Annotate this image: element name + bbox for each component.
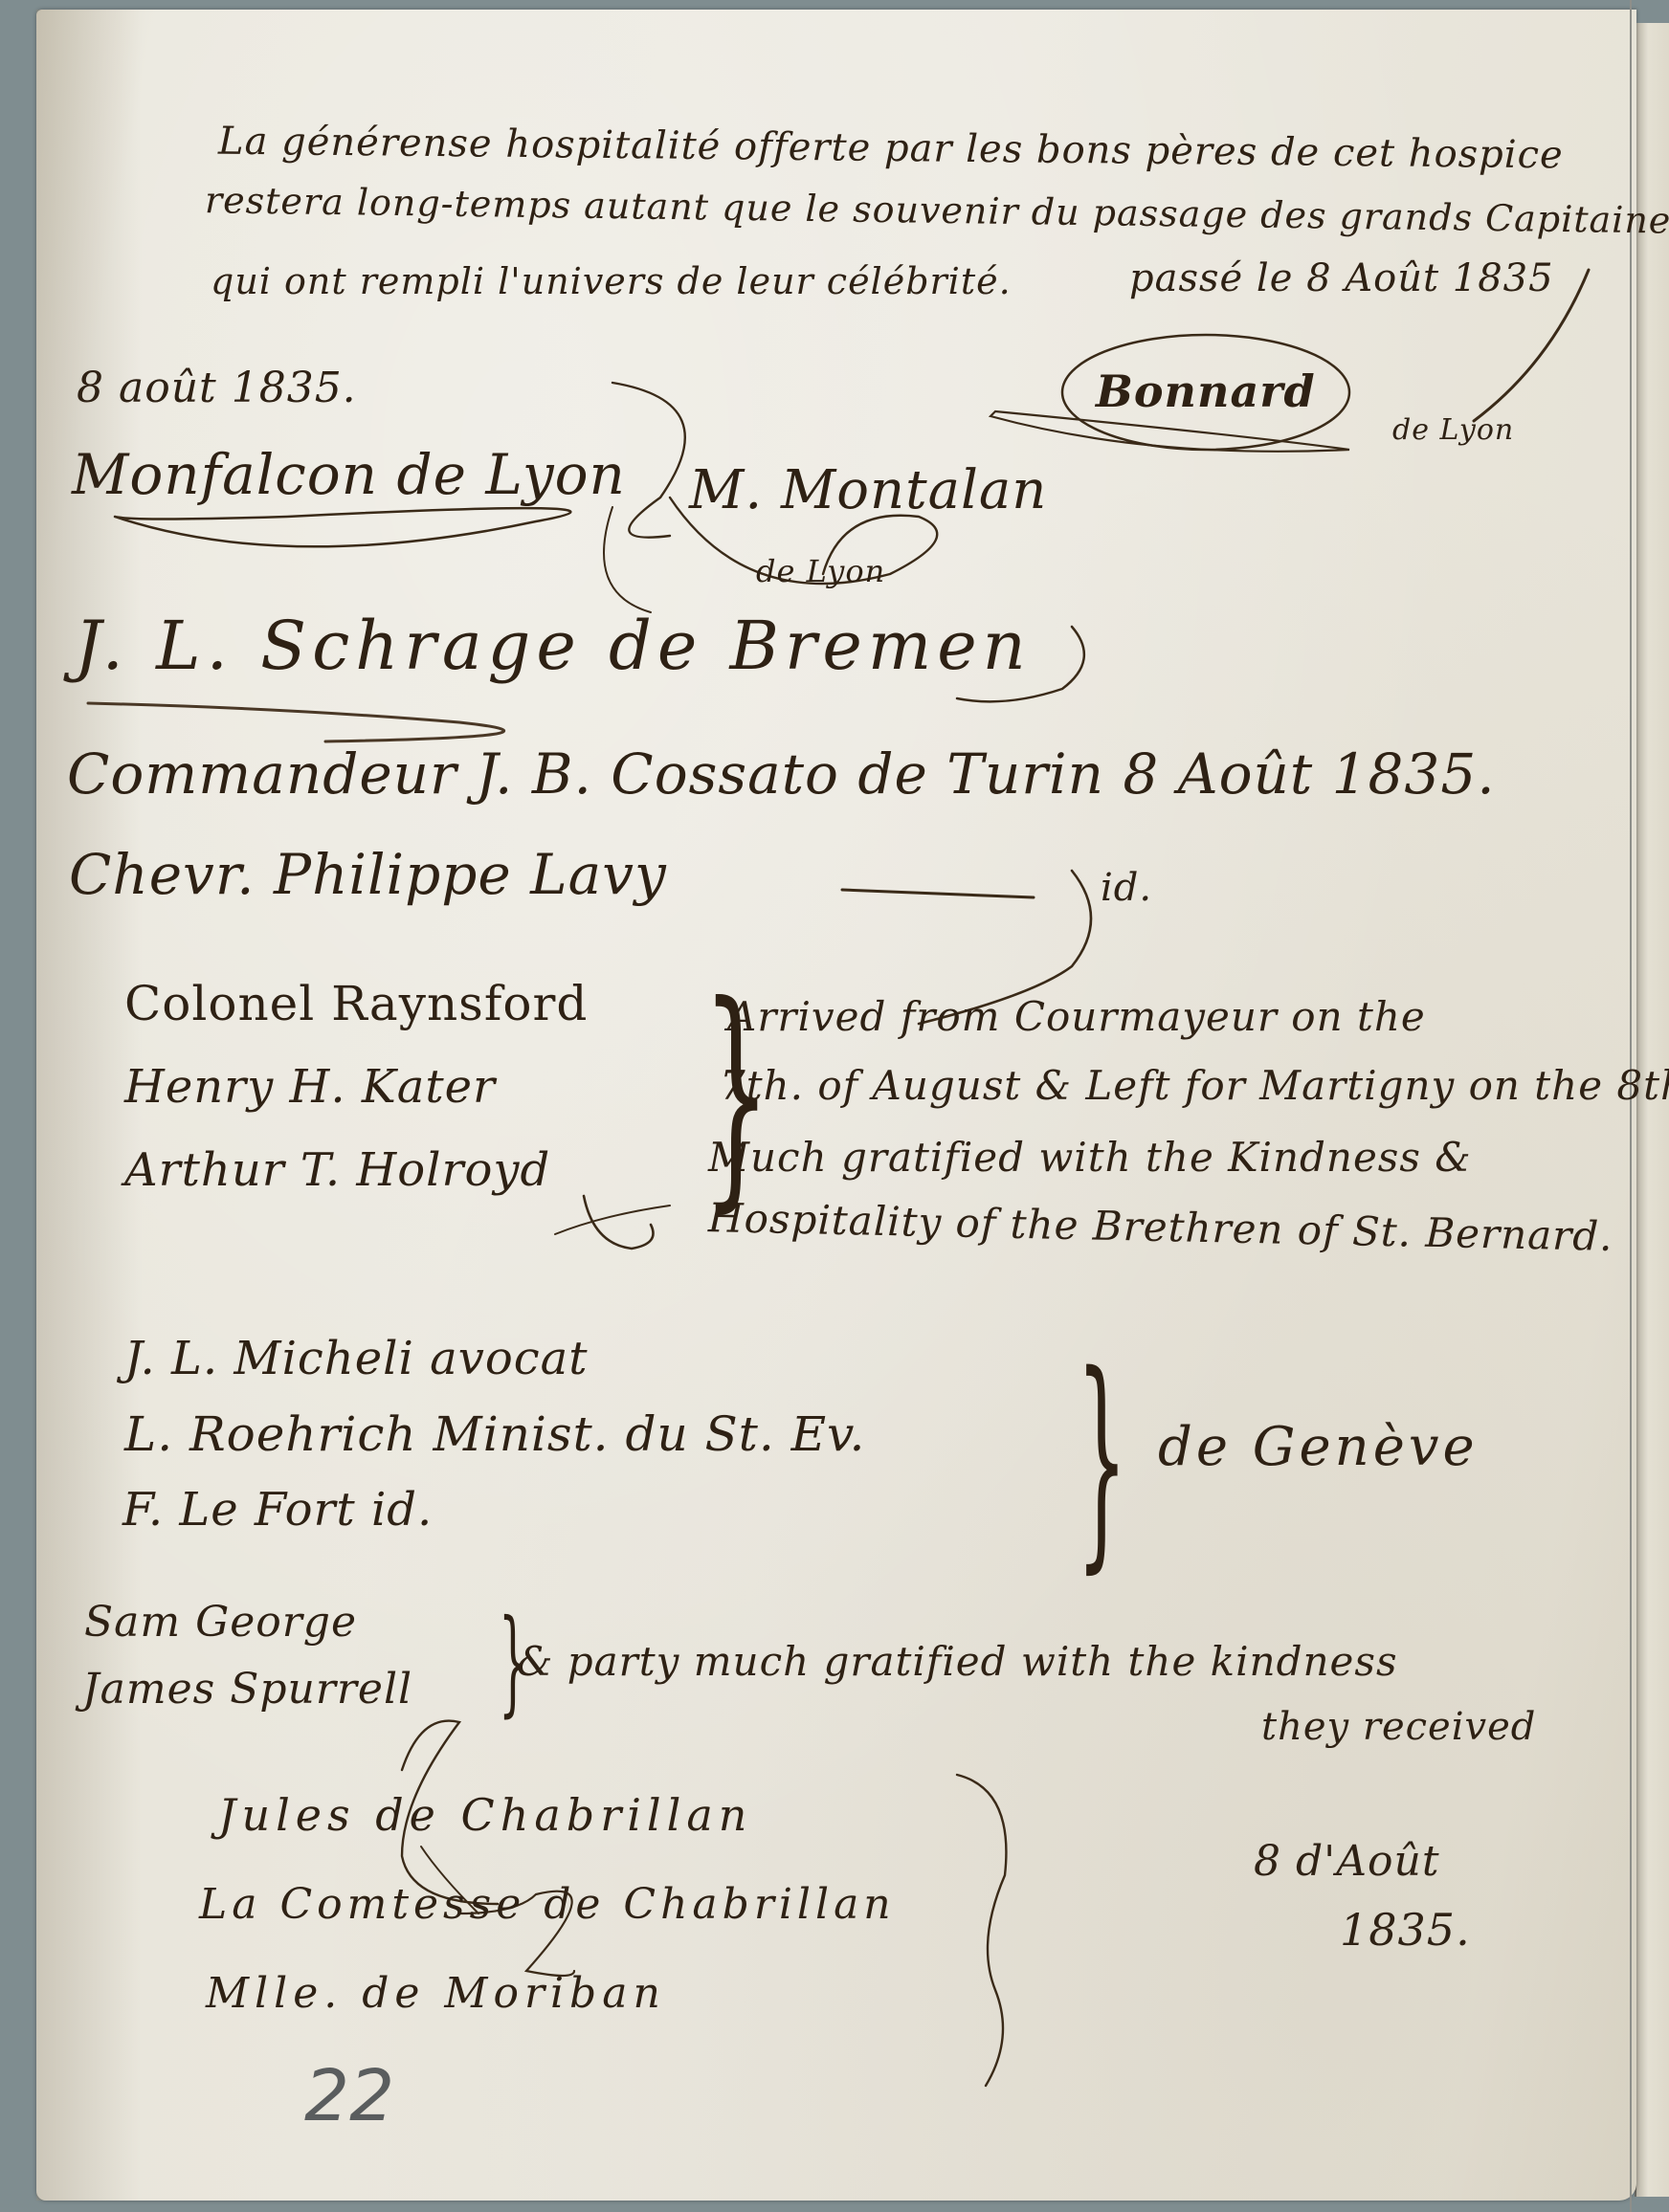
party-name: Colonel Raynsford <box>124 976 588 1031</box>
george-note-line-1: & party much gratified with the kindness <box>517 1638 1398 1685</box>
signature-lavy: Chevr. Philippe Lavy <box>69 842 667 907</box>
entry-cossato: Commandeur J. B. Cossato de Turin 8 Août… <box>67 741 1496 807</box>
grouping-brace: } <box>1077 1344 1127 1574</box>
party-name: Jules de Chabrillan <box>218 1789 752 1841</box>
signature-monfalcon: Monfalcon de Lyon <box>72 442 626 507</box>
signature-bonnard: Bonnard <box>1096 365 1316 417</box>
adjacent-page-edge <box>1635 23 1669 2197</box>
party-name: La Comtesse de Chabrillan <box>199 1880 896 1929</box>
opening-note-date: passé le 8 Août 1835 <box>1129 256 1554 300</box>
signature-montalan: M. Montalan <box>689 459 1047 521</box>
party-name: Mlle. de Moriban <box>206 1969 666 2018</box>
party-name: Sam George <box>84 1598 357 1647</box>
party-note-line: Much gratified with the Kindness & <box>708 1134 1472 1181</box>
party-name: James Spurrell <box>82 1665 412 1714</box>
page-number: 22 <box>304 2055 394 2137</box>
chabrillan-date-line-1: 8 d'Août <box>1254 1837 1440 1886</box>
chabrillan-date-line-2: 1835. <box>1340 1904 1471 1956</box>
george-note-line-2: they received <box>1261 1705 1536 1749</box>
opening-note-line-3: qui ont rempli l'univers de leur célébri… <box>211 260 1012 302</box>
geneva-origin: de Genève <box>1158 1416 1479 1478</box>
monfalcon-date: 8 août 1835. <box>77 364 357 412</box>
party-name: Henry H. Kater <box>124 1060 496 1114</box>
party-name: L. Roehrich Minist. du St. Ev. <box>124 1406 865 1462</box>
party-name: F. Le Fort id. <box>122 1483 433 1537</box>
bonnard-origin: de Lyon <box>1392 413 1514 447</box>
party-name: Arthur T. Holroyd <box>124 1143 550 1197</box>
lavy-ditto: id. <box>1101 866 1152 910</box>
party-note-line: 7th. of August & Left for Martigny on th… <box>720 1062 1669 1109</box>
party-note-line: Arrived from Courmayeur on the <box>727 993 1426 1040</box>
montalan-origin: de Lyon <box>756 553 885 589</box>
party-name: J. L. Micheli avocat <box>124 1332 589 1385</box>
signature-schrage: J. L. Schrage de Bremen <box>75 607 1032 685</box>
